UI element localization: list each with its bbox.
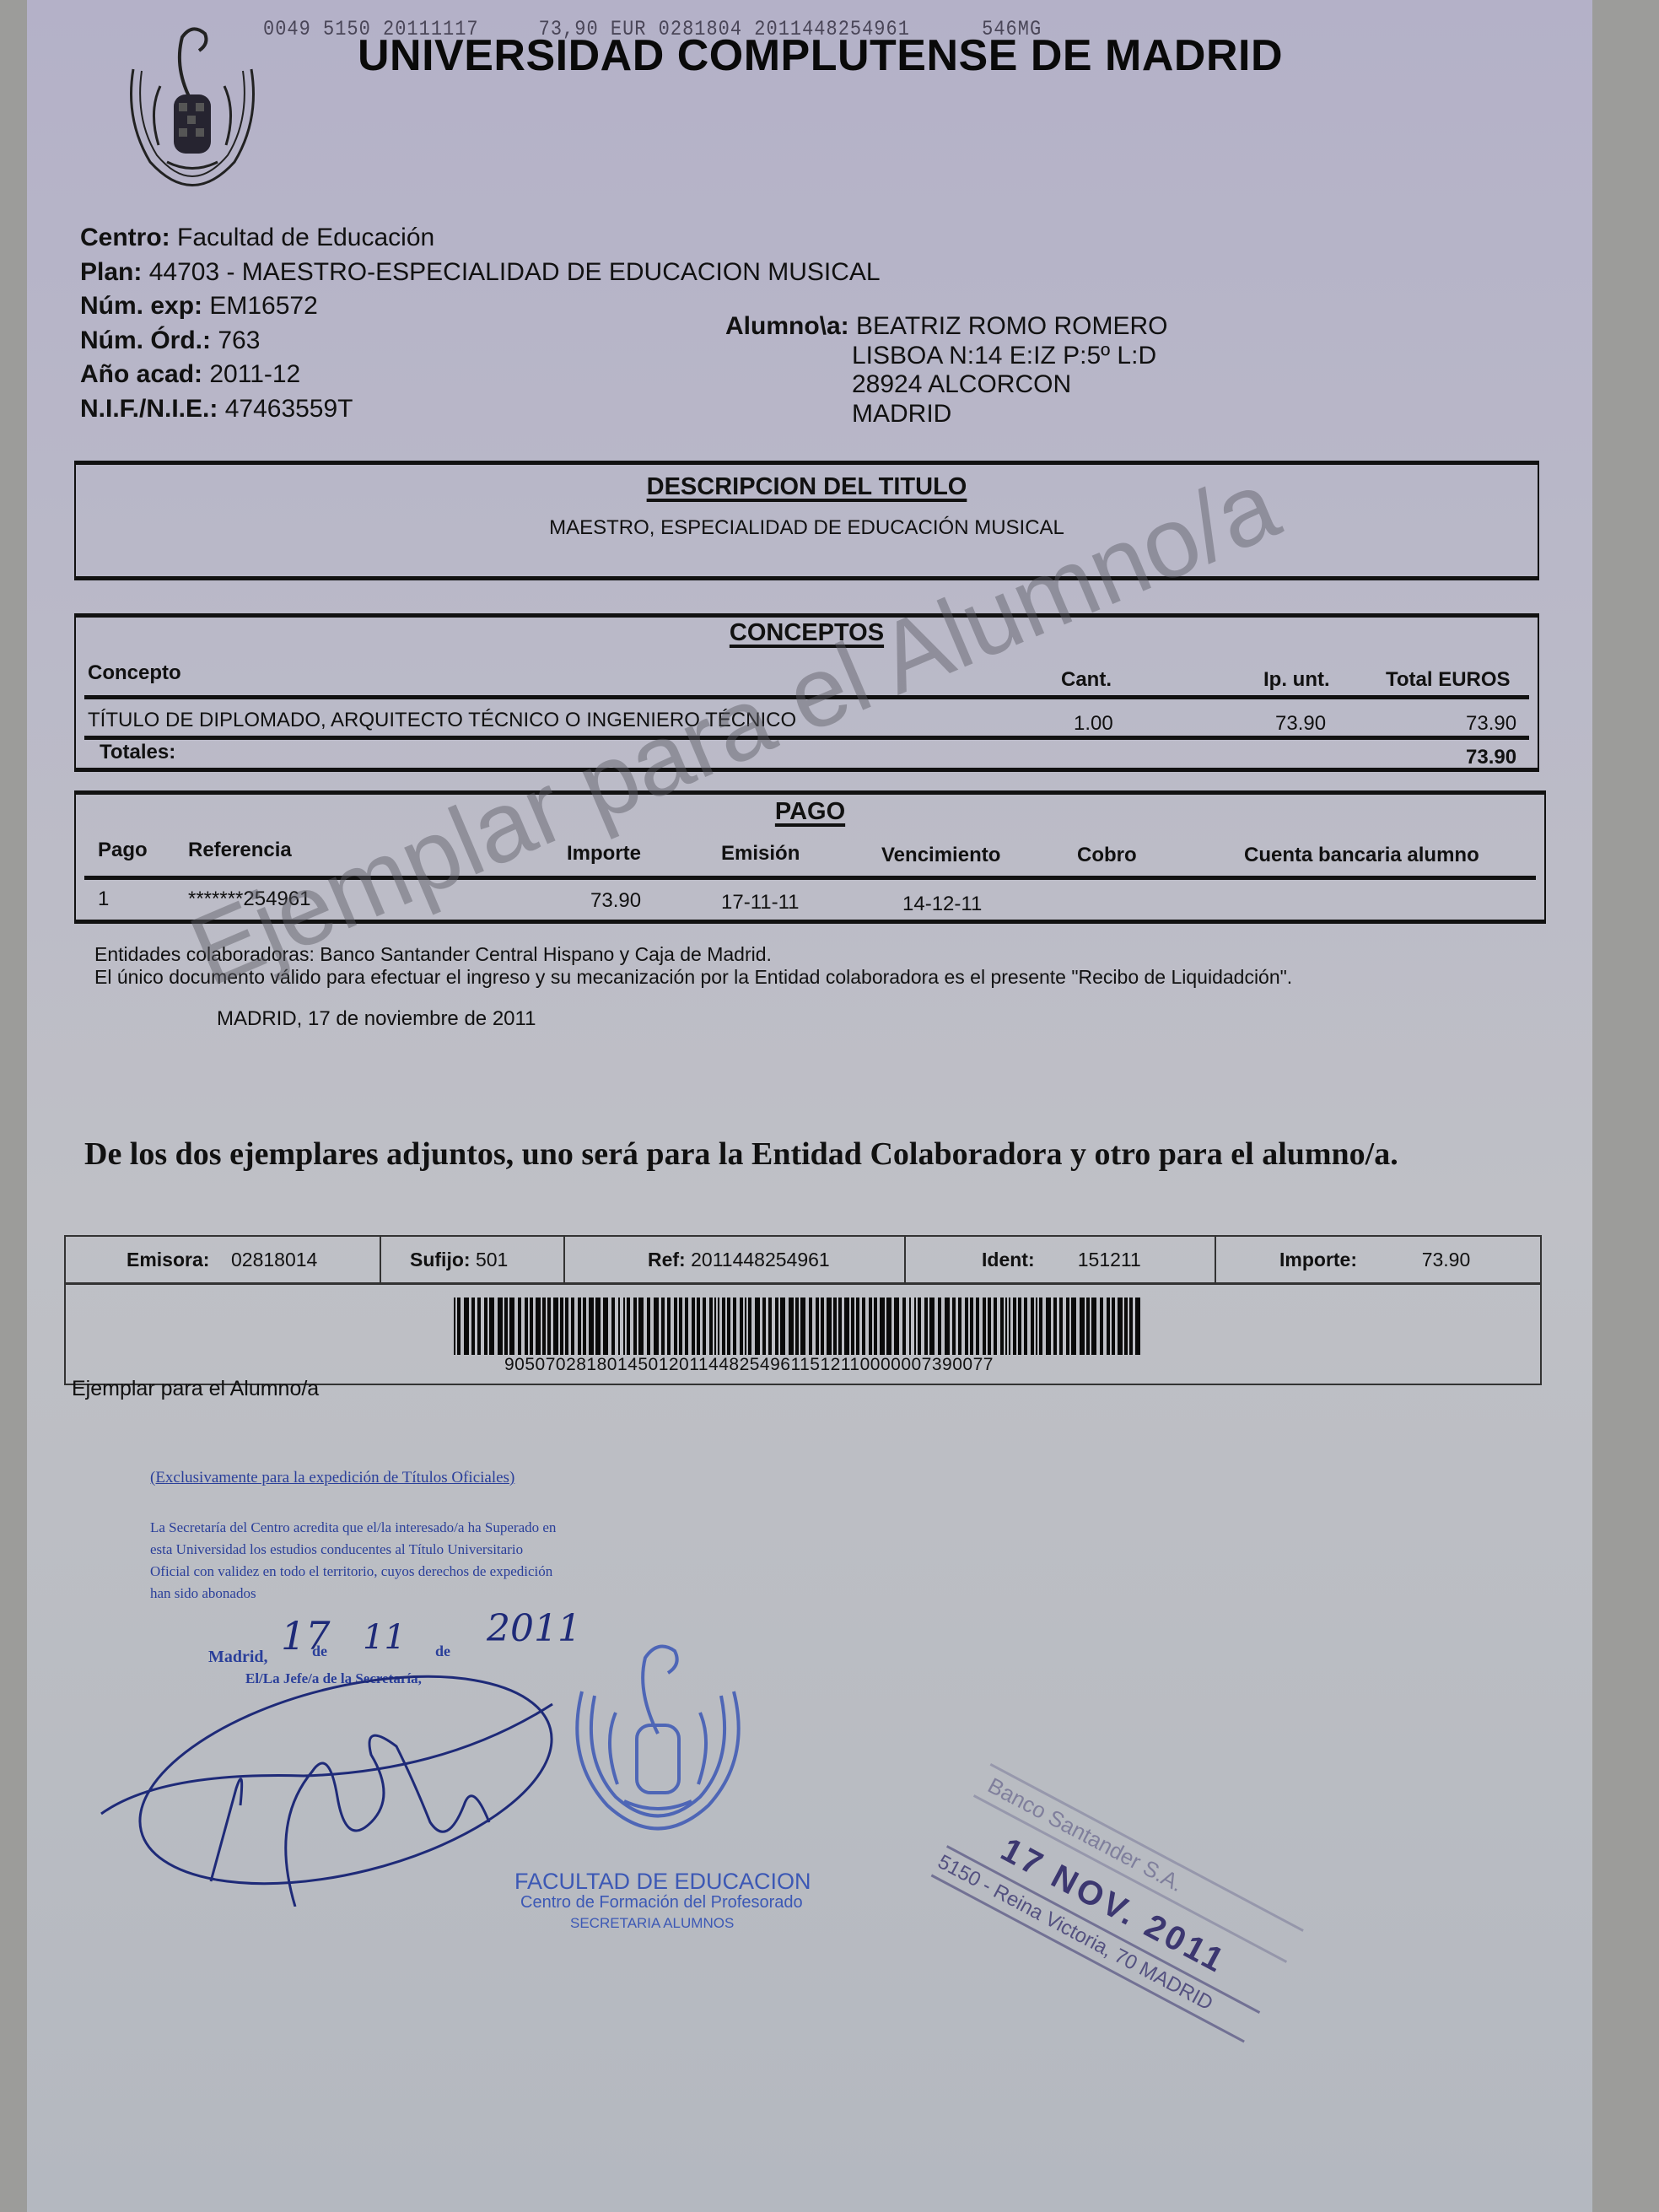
- payment-barcode: [454, 1298, 1145, 1355]
- sufijo-value: 501: [476, 1249, 508, 1271]
- handwritten-month: 11: [363, 1618, 406, 1657]
- importe-cell: Importe: 73.90: [1216, 1237, 1540, 1282]
- nif-label: N.I.F./N.I.E.:: [80, 395, 218, 423]
- student-block: Alumno\a: BEATRIZ ROMO ROMERO LISBOA N:1…: [725, 312, 1167, 429]
- payment-row-vencimiento: 14-12-11: [902, 893, 982, 916]
- plan-label: Plan:: [80, 258, 142, 286]
- secretaria-certification-text: La Secretaría del Centro acredita que el…: [150, 1517, 563, 1605]
- exp-label: Núm. exp:: [80, 292, 202, 320]
- barcode-fields-row: Emisora: 02818014 Sufijo: 501 Ref: 20114…: [66, 1237, 1540, 1285]
- university-title: UNIVERSIDAD COMPLUTENSE DE MADRID: [358, 30, 1283, 81]
- ident-cell: Ident: 151211: [906, 1237, 1216, 1282]
- concept-row-total: 73.90: [1466, 712, 1516, 736]
- col-cant: Cant.: [1061, 668, 1112, 692]
- nif-value: 47463559T: [225, 395, 353, 423]
- faculty-stamp-line-2: Centro de Formación del Profesorado: [520, 1893, 803, 1913]
- col-cobro: Cobro: [1077, 844, 1137, 867]
- sufijo-cell: Sufijo: 501: [381, 1237, 565, 1282]
- col-concepto: Concepto: [88, 661, 181, 685]
- faculty-stamp-line-3: SECRETARIA ALUMNOS: [570, 1915, 734, 1932]
- payment-row-emision: 17-11-11: [721, 891, 800, 914]
- official-titles-heading: (Exclusivamente para la expedición de Tí…: [150, 1469, 514, 1487]
- importe-label: Importe:: [1279, 1249, 1357, 1271]
- emisora-cell: Emisora: 02818014: [66, 1237, 381, 1282]
- barcode-number: 9050702818014501201144825496115121100000…: [504, 1355, 994, 1375]
- collaborating-entities-note: Entidades colaboradoras: Banco Santander…: [94, 943, 1292, 989]
- ref-label: Ref:: [648, 1249, 686, 1271]
- faculty-stamp-line-1: FACULTAD DE EDUCACION: [514, 1869, 811, 1895]
- concept-row-cant: 1.00: [1074, 712, 1113, 736]
- payment-header-rule: [84, 876, 1536, 880]
- totals-label: Totales:: [100, 741, 175, 764]
- anio-label: Año acad:: [80, 360, 202, 388]
- payment-box: PAGO Pago Referencia Importe Emisión Ven…: [74, 790, 1546, 924]
- copies-notice: De los dos ejemplares adjuntos, uno será…: [84, 1136, 1518, 1172]
- col-importe: Importe: [567, 842, 641, 866]
- copy-label: Ejemplar para el Alumno/a: [72, 1377, 319, 1401]
- title-description-heading: DESCRIPCION DEL TITULO: [647, 473, 967, 500]
- issue-date: MADRID, 17 de noviembre de 2011: [217, 1007, 536, 1031]
- ord-value: 763: [218, 326, 260, 354]
- col-cuenta: Cuenta bancaria alumno: [1244, 844, 1479, 867]
- totals-value: 73.90: [1466, 746, 1516, 769]
- concept-row-ipunt: 73.90: [1275, 712, 1326, 736]
- concepts-box: CONCEPTOS Concepto Cant. Ip. unt. Total …: [74, 613, 1539, 772]
- ref-cell: Ref: 2011448254961: [565, 1237, 906, 1282]
- payment-heading: PAGO: [775, 798, 845, 825]
- sufijo-label: Sufijo:: [410, 1249, 471, 1271]
- ord-label: Núm. Órd.:: [80, 326, 211, 354]
- plan-value: 44703 - MAESTRO-ESPECIALIDAD DE EDUCACIO…: [149, 258, 881, 286]
- payment-row-pago: 1: [98, 887, 109, 911]
- student-name: BEATRIZ ROMO ROMERO: [856, 312, 1167, 340]
- payment-row-referencia: *******254961: [188, 887, 310, 911]
- plan-row: Plan: 44703 - MAESTRO-ESPECIALIDAD DE ED…: [80, 256, 881, 290]
- student-address-2: 28924 ALCORCON: [725, 370, 1167, 400]
- col-referencia: Referencia: [188, 839, 292, 862]
- centro-label: Centro:: [80, 224, 170, 251]
- note-line-1: Entidades colaboradoras: Banco Santander…: [94, 943, 1292, 966]
- faculty-seal-icon: [557, 1632, 759, 1852]
- barcode-box: Emisora: 02818014 Sufijo: 501 Ref: 20114…: [64, 1235, 1542, 1385]
- col-emision: Emisión: [721, 842, 800, 866]
- anio-value: 2011-12: [209, 360, 300, 388]
- col-pago: Pago: [98, 839, 148, 862]
- emisora-value: 02818014: [231, 1249, 317, 1271]
- title-description-value: MAESTRO, ESPECIALIDAD DE EDUCACIÓN MUSIC…: [76, 516, 1538, 540]
- student-address-3: MADRID: [725, 400, 1167, 429]
- col-ip-unt: Ip. unt.: [1263, 668, 1330, 692]
- importe-value: 73.90: [1422, 1249, 1471, 1271]
- exp-value: EM16572: [209, 292, 317, 320]
- title-description-box: DESCRIPCION DEL TITULO MAESTRO, ESPECIAL…: [74, 461, 1539, 580]
- ref-value: 2011448254961: [691, 1249, 830, 1271]
- ident-value: 151211: [1078, 1249, 1141, 1271]
- payment-row-importe: 73.90: [590, 889, 641, 913]
- student-address-1: LISBOA N:14 E:IZ P:5º L:D: [725, 342, 1167, 371]
- signature-icon: [93, 1654, 582, 1907]
- centro-value: Facultad de Educación: [177, 224, 434, 251]
- col-total: Total EUROS: [1386, 668, 1511, 692]
- note-line-2: El único documento válido para efectuar …: [94, 966, 1292, 989]
- ident-label: Ident:: [982, 1249, 1035, 1271]
- totals-rule: [84, 736, 1529, 740]
- header-rule: [84, 695, 1529, 699]
- student-label: Alumno\a:: [725, 312, 849, 340]
- concepts-heading: CONCEPTOS: [730, 619, 884, 646]
- centro-row: Centro: Facultad de Educación: [80, 221, 881, 256]
- col-vencimiento: Vencimiento: [881, 844, 1000, 867]
- ucm-crest-icon: [108, 19, 277, 208]
- emisora-label: Emisora:: [127, 1249, 209, 1271]
- concept-row-name: TÍTULO DE DIPLOMADO, ARQUITECTO TÉCNICO …: [88, 709, 796, 732]
